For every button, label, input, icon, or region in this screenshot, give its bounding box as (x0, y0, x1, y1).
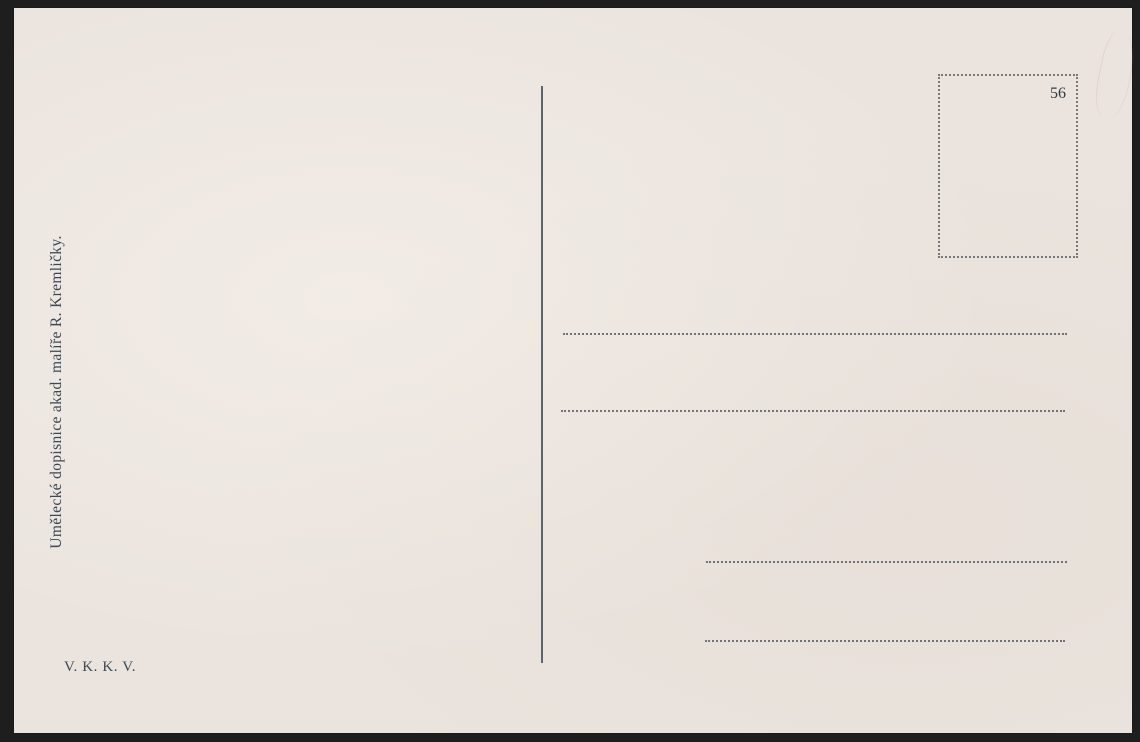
message-address-divider (541, 86, 543, 663)
pencil-mark (1090, 28, 1140, 123)
postcard-back: Umělecké dopisnice akad. malíře R. Kreml… (14, 8, 1132, 733)
address-line-1 (563, 333, 1067, 335)
artist-caption: Umělecké dopisnice akad. malíře R. Kreml… (48, 235, 66, 548)
address-line-4 (705, 640, 1065, 642)
card-number: 56 (1050, 85, 1066, 103)
publisher-mark: V. K. K. V. (64, 659, 136, 676)
address-line-2 (561, 410, 1065, 412)
address-line-3 (706, 561, 1067, 563)
stamp-box: 56 (938, 74, 1078, 258)
